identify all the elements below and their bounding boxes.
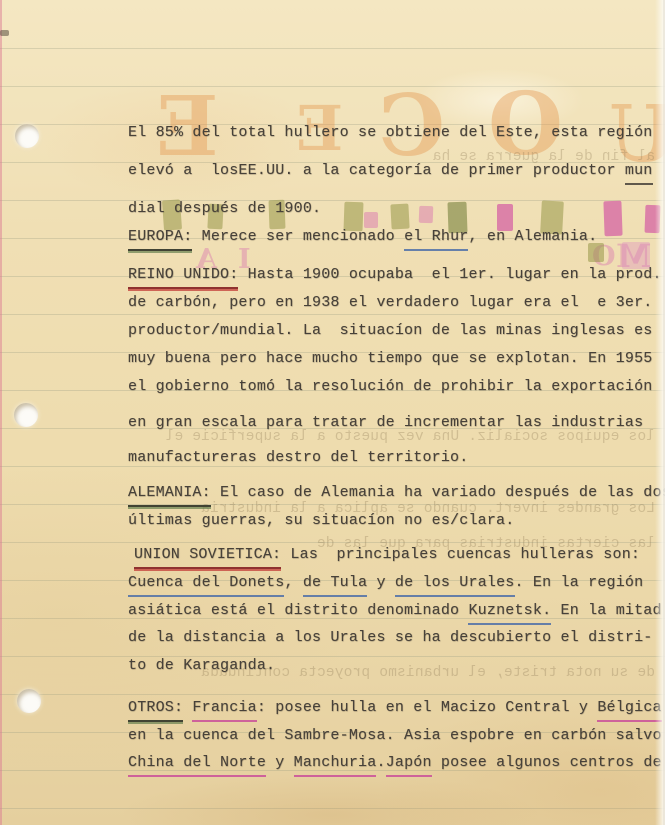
text-segment: . — [376, 753, 385, 775]
text-line: Cuenca del Donets, de Tula y de los Ural… — [128, 573, 643, 595]
text-segment: Hasta 1900 ocupaba el 1er. lugar en la p… — [238, 265, 661, 287]
bleedthrough-highlight-block — [603, 201, 622, 237]
punch-hole — [17, 689, 41, 713]
page-right-edge — [655, 0, 665, 825]
bleedthrough-highlight-block — [419, 206, 434, 223]
text-segment: to de Karaganda. — [128, 656, 275, 678]
underlined-text-segment: de los Urales — [395, 573, 515, 595]
underlined-text-segment: Cuenca del Donets — [128, 573, 284, 595]
text-line: ALEMANIA: El caso de Alemania ha variado… — [128, 483, 665, 505]
text-line: en la cuenca del Sambre-Mosa. Asia espob… — [128, 726, 662, 748]
underlined-text-segment: mun — [625, 161, 653, 183]
text-segment: elevó a losEE.UU. a la categoría de prim… — [128, 161, 625, 183]
text-line: últimas guerras, su situacíon no es/clar… — [128, 511, 514, 533]
text-line: China del Norte y Manchuria.Japón posee … — [128, 753, 662, 775]
text-line: El 85% del total hullero se obtiene del … — [128, 123, 652, 145]
text-line: elevó a losEE.UU. a la categoría de prim… — [128, 161, 653, 183]
underlined-text-segment: Manchuria — [294, 753, 377, 775]
text-line: asiática está el distrito denominado Kuz… — [128, 601, 662, 623]
underlined-text-segment: de Tula — [303, 573, 367, 595]
text-line: de carbón, pero en 1938 el verdadero lug… — [128, 293, 652, 315]
text-segment: : posee hulla en el Macizo Central y — [257, 698, 597, 720]
underlined-text-segment: ALEMANIA: — [128, 483, 211, 505]
text-segment: y — [266, 753, 294, 775]
text-line: muy buena pero hace mucho tiempo que se … — [128, 349, 652, 371]
text-segment: Merece ser mencionado — [192, 227, 404, 249]
text-segment: y — [367, 573, 395, 595]
text-segment: dial después de 1900. — [128, 199, 321, 221]
text-segment: posee algunos centros de — [432, 753, 662, 775]
underlined-text-segment: EUROPA: — [128, 227, 192, 249]
text-segment: últimas guerras, su situacíon no es/clar… — [128, 511, 514, 533]
text-line: manufactureras destro del territorio. — [128, 448, 468, 470]
punch-hole — [15, 124, 39, 148]
text-segment: , — [284, 573, 302, 595]
scanned-document-page: EECOUMOAIal fin de la guerra se halos eq… — [0, 0, 665, 825]
text-segment: . En la región — [515, 573, 644, 595]
underlined-text-segment: Japón — [386, 753, 432, 775]
text-segment: El 85% del total hullero se obtiene del … — [128, 123, 652, 145]
text-line: productor/mundial. La situacíon de las m… — [128, 321, 652, 343]
text-segment: asiática está el distrito denominado — [128, 601, 468, 623]
underlined-text-segment: UNION SOVIETICA: — [134, 545, 281, 567]
bleedthrough-highlight-block — [364, 212, 378, 228]
text-line: en gran escala para tratar de incrementa… — [128, 413, 643, 435]
underlined-text-segment: el Rhur — [404, 227, 468, 249]
text-line: REINO UNIDO: Hasta 1900 ocupaba el 1er. … — [128, 265, 662, 287]
text-line: UNION SOVIETICA: Las principales cuencas… — [134, 545, 640, 567]
text-line: OTROS: Francia: posee hulla en el Macizo… — [128, 698, 662, 720]
bleedthrough-highlight-block — [390, 204, 409, 230]
scan-edge-mark — [0, 30, 9, 36]
text-line: dial después de 1900. — [128, 199, 321, 221]
text-line: to de Karaganda. — [128, 656, 275, 678]
text-line: de la distancia a los Urales se ha descu… — [128, 628, 652, 650]
underlined-text-segment: Kuznetsk. — [468, 601, 551, 623]
text-segment: de carbón, pero en 1938 el verdadero lug… — [128, 293, 652, 315]
text-segment: El caso de Alemania ha variado después d… — [211, 483, 665, 505]
underlined-text-segment: Bélgica — [597, 698, 661, 720]
margin-rule-line — [0, 0, 2, 825]
text-segment: En la mitad — [551, 601, 661, 623]
text-line: EUROPA: Merece ser mencionado el Rhur, e… — [128, 227, 597, 249]
text-segment: de la distancia a los Urales se ha descu… — [128, 628, 652, 650]
text-segment: Las principales cuencas hulleras son: — [281, 545, 640, 567]
underlined-text-segment: OTROS: — [128, 698, 183, 720]
text-line: el gobierno tomó la resolución de prohib… — [128, 377, 652, 399]
text-segment: muy buena pero hace mucho tiempo que se … — [128, 349, 652, 371]
text-segment: productor/mundial. La situacíon de las m… — [128, 321, 652, 343]
underlined-text-segment: Francia — [192, 698, 256, 720]
text-segment: manufactureras destro del territorio. — [128, 448, 468, 470]
underlined-text-segment: China del Norte — [128, 753, 266, 775]
text-segment: el gobierno tomó la resolución de prohib… — [128, 377, 652, 399]
text-segment: en gran escala para tratar de incrementa… — [128, 413, 643, 435]
text-segment: , en Alemania. — [468, 227, 597, 249]
punch-hole — [14, 403, 38, 427]
text-segment: en la cuenca del Sambre-Mosa. Asia espob… — [128, 726, 662, 748]
underlined-text-segment: REINO UNIDO: — [128, 265, 238, 287]
